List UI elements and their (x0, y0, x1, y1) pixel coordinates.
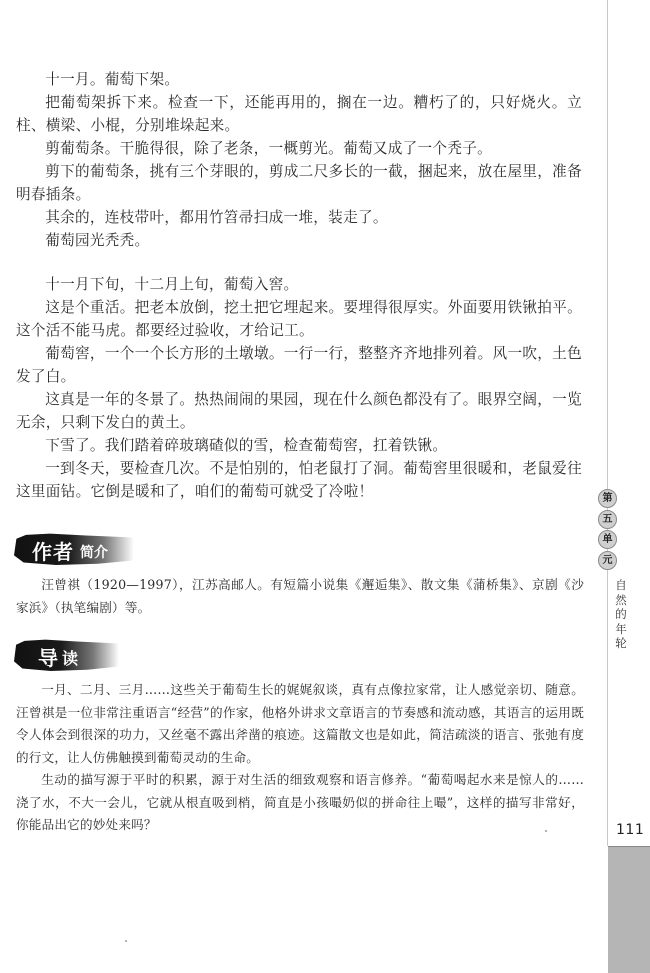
paragraph: 十一月下旬，十二月上旬，葡萄入窖。 (16, 273, 582, 296)
paragraph: 葡萄窖，一个一个长方形的土墩墩。一行一行，整整齐齐地排列着。风一吹，土色发了白。 (16, 342, 582, 388)
page-edge-tab (608, 846, 650, 973)
banner-title: 导 (38, 642, 59, 671)
author-intro-banner: 作者 简介 (14, 533, 134, 565)
paragraph: 剪下的葡萄条，挑有三个芽眼的，剪成二尺多长的一截，捆起来，放在屋里，准备明春插条… (16, 160, 582, 206)
paragraph: 这真是一年的冬景了。热热闹闹的果园，现在什么颜色都没有了。眼界空阔，一览无余，只… (16, 388, 582, 434)
unit-title: 自然的年轮 (614, 578, 628, 651)
main-text: 十一月。葡萄下架。 把葡萄架拆下来。检查一下，还能再用的，搁在一边。糟朽了的，只… (16, 68, 582, 503)
banner-title: 作者 (32, 536, 74, 565)
unit-char: 元 (598, 551, 617, 570)
unit-label: 第 五 单 元 (598, 489, 618, 571)
paragraph: 一月、二月、三月……这些关于葡萄生长的娓娓叙谈，真有点像拉家常，让人感觉亲切、随… (16, 679, 584, 769)
guide-text: 一月、二月、三月……这些关于葡萄生长的娓娓叙谈，真有点像拉家常，让人感觉亲切、随… (16, 679, 584, 837)
print-speck (125, 940, 127, 942)
paragraph: 剪葡萄条。干脆得很，除了老条，一概剪光。葡萄又成了一个秃子。 (16, 137, 582, 160)
paragraph: 葡萄园光秃秃。 (16, 229, 582, 252)
margin-rule (607, 0, 608, 846)
paragraph: 十一月。葡萄下架。 (16, 68, 582, 91)
banner-subtitle: 读 (62, 646, 78, 669)
author-intro-text: 汪曾祺（1920—1997），江苏高邮人。有短篇小说集《邂逅集》、散文集《蒲桥集… (16, 574, 584, 619)
paragraph: 生动的描写源于平时的积累，源于对生活的细致观察和语言修养。“葡萄喝起水来是惊人的… (16, 769, 584, 837)
unit-char: 五 (598, 510, 617, 529)
section-gap (16, 252, 582, 273)
paragraph: 把葡萄架拆下来。检查一下，还能再用的，搁在一边。糟朽了的，只好烧火。立柱、横梁、… (16, 91, 582, 137)
print-speck (545, 830, 547, 832)
unit-char: 单 (598, 530, 617, 549)
page-number: 111 (608, 822, 650, 838)
paragraph: 一到冬天，要检查几次。不是怕别的，怕老鼠打了洞。葡萄窖里很暖和，老鼠爱往这里面钻… (16, 457, 582, 503)
banner-subtitle: 简介 (80, 542, 108, 562)
textbook-page: 十一月。葡萄下架。 把葡萄架拆下来。检查一下，还能再用的，搁在一边。糟朽了的，只… (0, 0, 650, 973)
paragraph: 其余的，连枝带叶，都用竹笤帚扫成一堆，装走了。 (16, 206, 582, 229)
unit-char: 第 (598, 489, 617, 508)
guide-banner: 导 读 (14, 639, 119, 671)
paragraph: 下雪了。我们踏着碎玻璃碴似的雪，检查葡萄窖，扛着铁锹。 (16, 434, 582, 457)
paragraph: 这是个重活。把老本放倒，挖土把它埋起来。要埋得很厚实。外面要用铁锹拍平。这个活不… (16, 296, 582, 342)
paragraph: 汪曾祺（1920—1997），江苏高邮人。有短篇小说集《邂逅集》、散文集《蒲桥集… (16, 574, 584, 619)
